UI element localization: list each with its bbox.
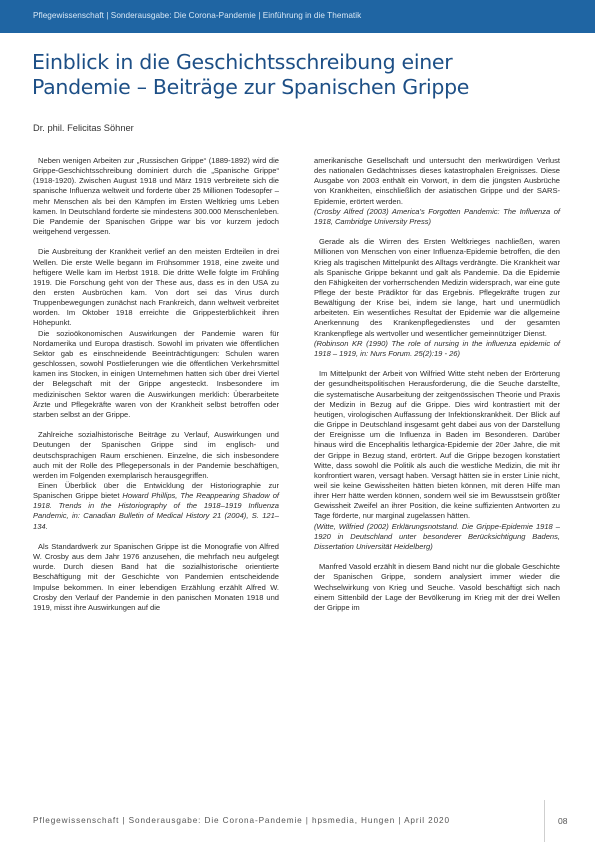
footer-divider — [544, 800, 545, 842]
header-bar: Pflegewissenschaft | Sonderausgabe: Die … — [0, 0, 595, 33]
paragraph: Die sozioökonomischen Auswirkungen der P… — [33, 329, 279, 420]
title-line-1: Einblick in die Geschichtsschreibung ein… — [32, 50, 452, 74]
reference-citation: (Crosby Alfred (2003) America's Forgotte… — [314, 207, 560, 227]
reference-citation: (Witte, Wilfried (2002) Erklärungsnotsta… — [314, 522, 560, 552]
title-line-2: Pandemie – Beiträge zur Spanischen Gripp… — [32, 75, 469, 99]
paragraph: Manfred Vasold erzählt in diesem Band ni… — [314, 562, 560, 613]
paragraph: amerikanische Gesellschaft und untersuch… — [314, 156, 560, 207]
reference-citation: (Robinson KR (1990) The role of nursing … — [314, 339, 560, 359]
paragraph: Gerade als die Wirren des Ersten Weltkri… — [314, 237, 560, 339]
left-column: Neben wenigen Arbeiten zur „Russischen G… — [33, 156, 279, 613]
page-title: Einblick in die Geschichtsschreibung ein… — [32, 50, 532, 100]
paragraph: Im Mittelpunkt der Arbeit von Wilfried W… — [314, 369, 560, 521]
paragraph: Neben wenigen Arbeiten zur „Russischen G… — [33, 156, 279, 237]
paragraph: Als Standardwerk zur Spanischen Grippe i… — [33, 542, 279, 613]
author-name: Dr. phil. Felicitas Söhner — [33, 123, 134, 133]
page-number: 08 — [558, 816, 567, 826]
paragraph-with-reference: Einen Überblick über die Entwicklung der… — [33, 481, 279, 532]
footer-text: Pflegewissenschaft | Sonderausgabe: Die … — [33, 816, 450, 825]
paragraph: Die Ausbreitung der Krankheit verlief an… — [33, 247, 279, 328]
paragraph: Zahlreiche sozialhistorische Beiträge zu… — [33, 430, 279, 481]
breadcrumb: Pflegewissenschaft | Sonderausgabe: Die … — [33, 11, 361, 20]
right-column: amerikanische Gesellschaft und untersuch… — [314, 156, 560, 613]
